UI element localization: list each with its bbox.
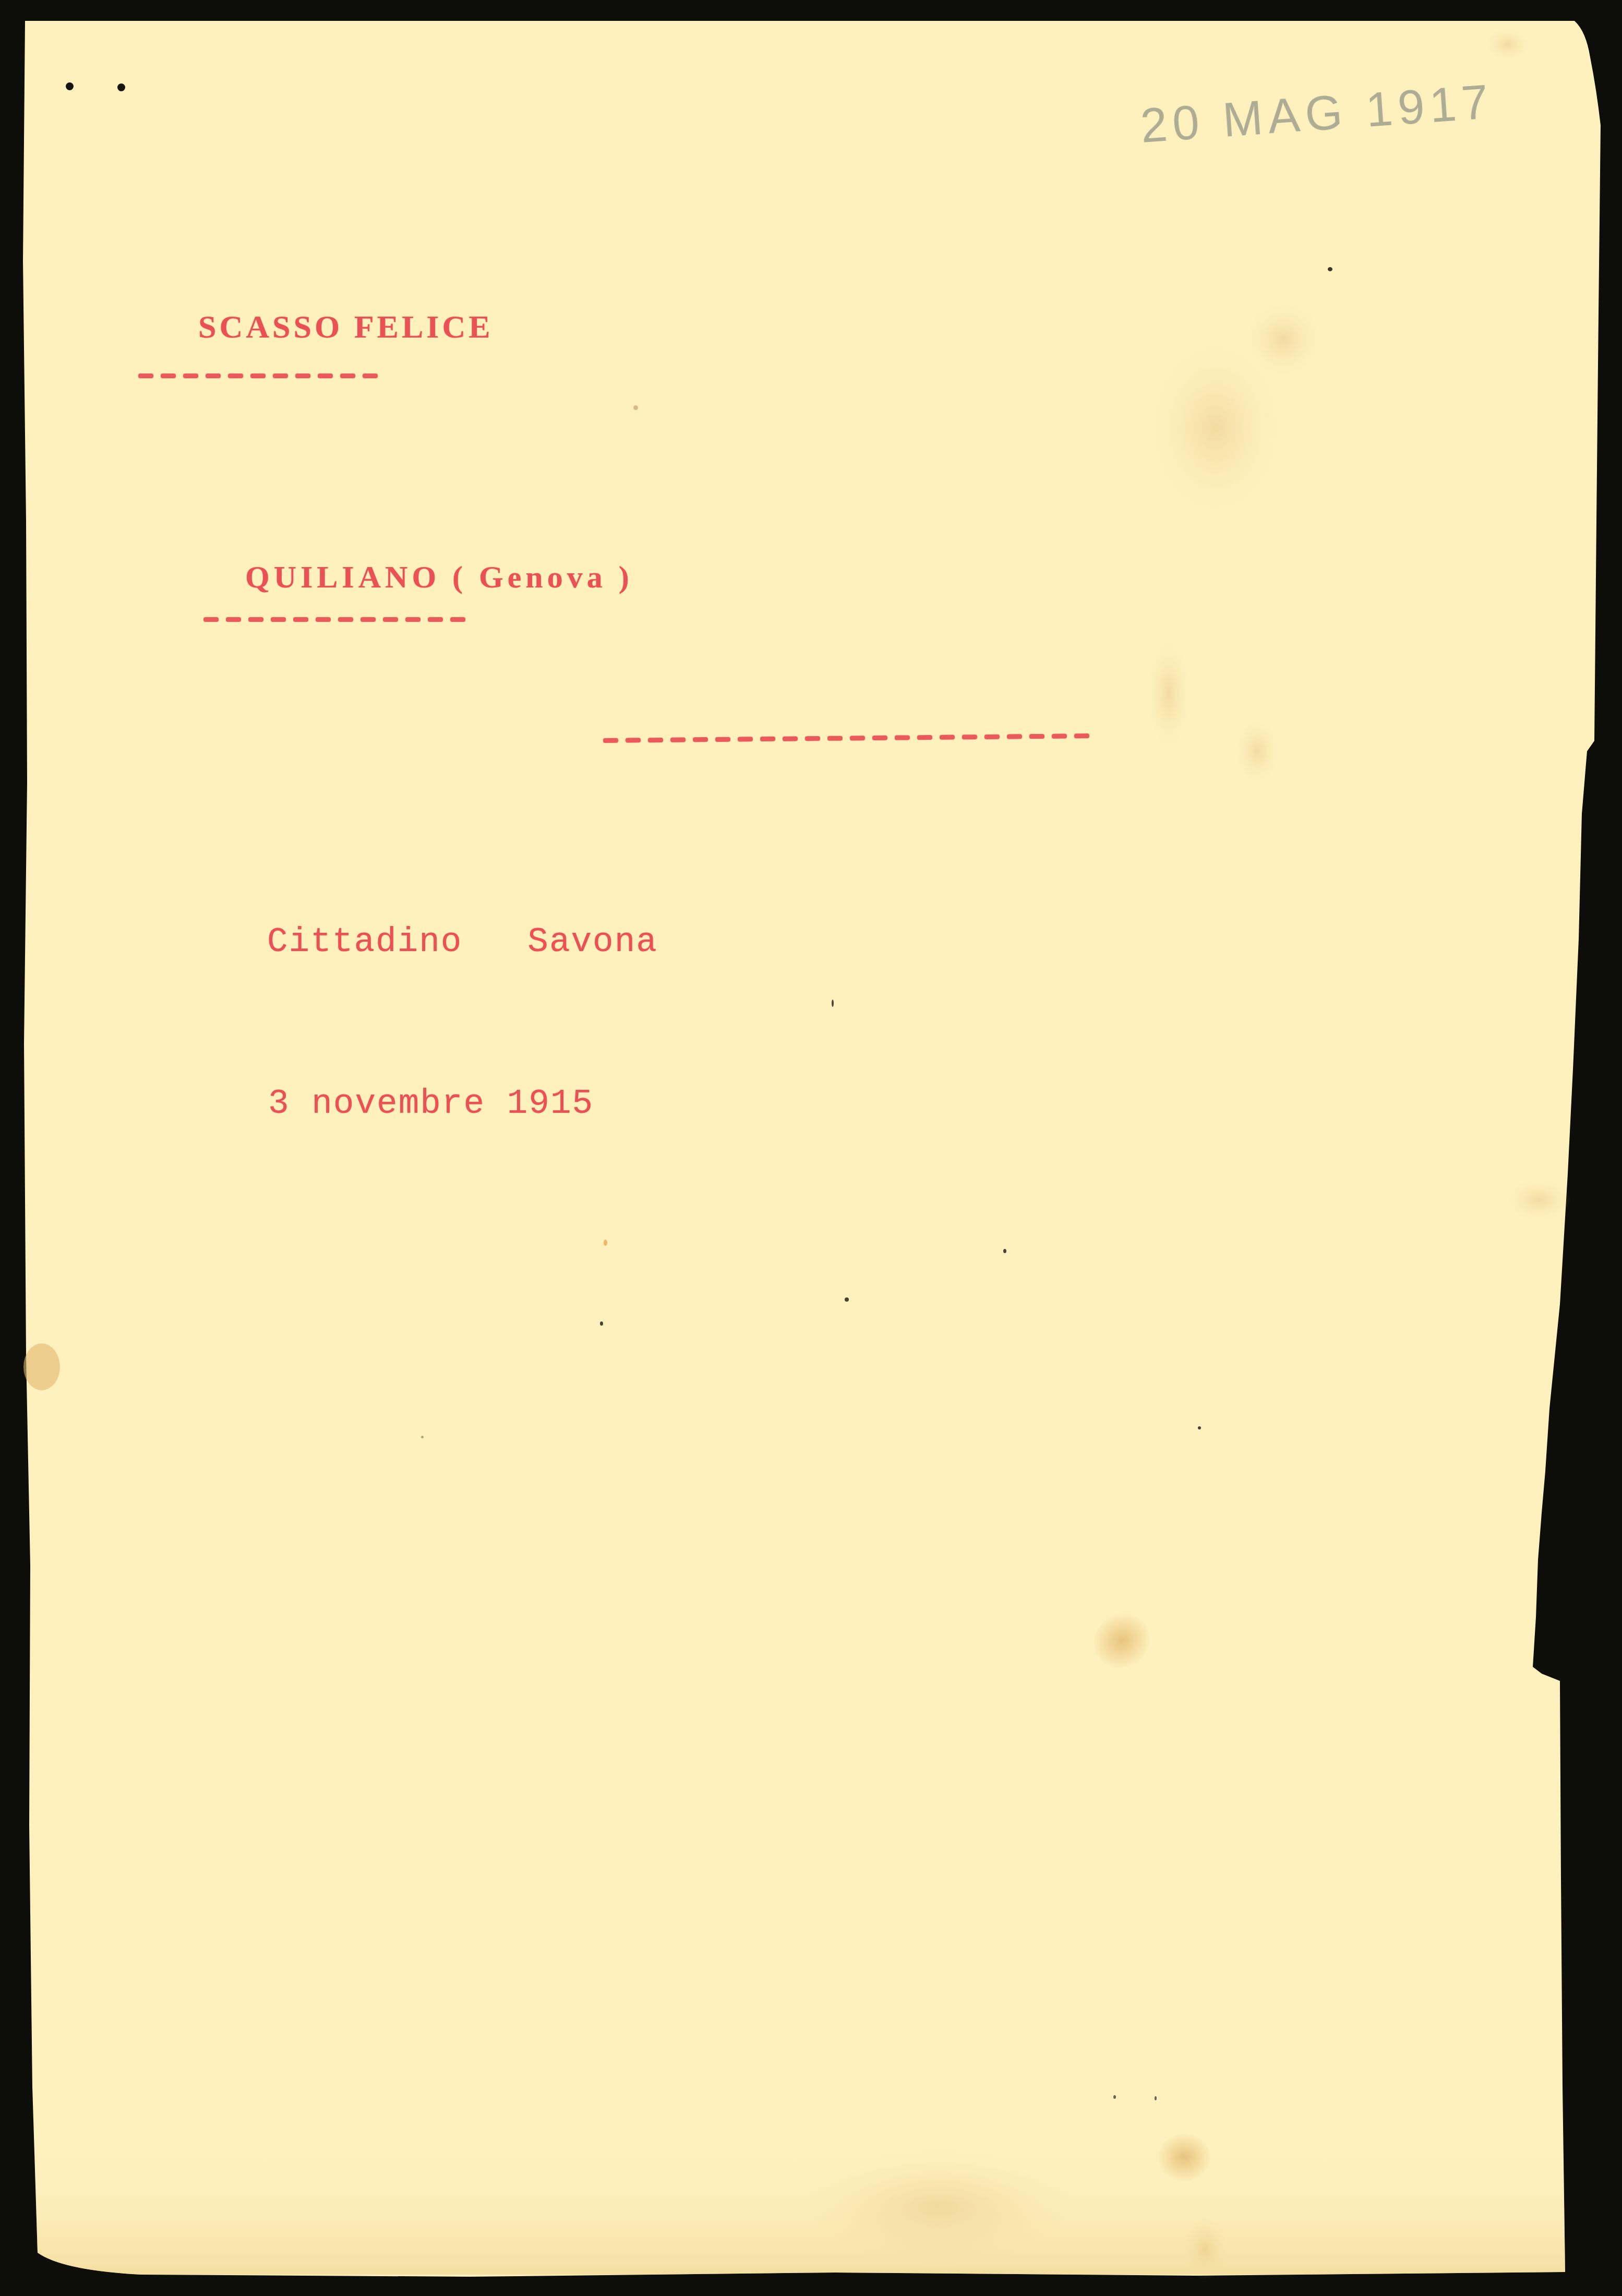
typed-dash [940,735,955,740]
typed-dash [962,735,977,739]
typed-dash [250,374,266,378]
typed-dash [1007,734,1022,739]
typed-dash [183,374,198,378]
typed-dash [248,617,263,622]
date-line: 3 novembre 1915 [268,1087,594,1121]
speck [421,1436,424,1438]
speck [845,1297,849,1302]
punch-hole [66,82,74,90]
typed-dash [760,737,775,741]
typed-dash [338,617,353,622]
typed-dash [138,374,153,378]
typed-dash [715,737,730,742]
speck [1155,2096,1157,2100]
typed-dash [603,738,618,743]
typed-dash [783,736,798,741]
typed-dash [405,617,420,622]
typed-dash [648,738,663,742]
typed-dash [383,617,398,622]
speck [633,405,638,410]
typed-dash [161,374,176,378]
typed-dash [273,374,288,378]
typed-dash [340,374,355,378]
typed-dash [228,374,243,378]
typed-dash [872,736,887,740]
citizenship-line: Cittadino Savona [267,925,658,959]
place-underline [203,617,465,622]
speck [1113,2095,1116,2099]
typed-dash [318,374,333,378]
person-name: SCASSO FELICE [198,311,494,343]
typed-dash [293,617,308,622]
name-underline [138,374,378,378]
typed-dash [316,617,331,622]
speck [600,1321,603,1326]
typed-dash [626,738,641,742]
typed-dash [917,735,932,740]
typed-dash [1052,734,1067,738]
typed-dash [738,737,753,741]
typed-dash [226,617,241,622]
typed-dash [271,617,286,622]
typed-dash [206,374,221,378]
speck [604,1240,607,1246]
typed-dash [895,735,910,740]
typed-dash [428,617,443,622]
typed-dash [1074,734,1089,738]
typed-dash [693,737,708,742]
typed-dash [984,735,1000,739]
typed-dash [363,374,378,378]
speck [832,1000,834,1007]
typed-dash [670,737,686,742]
speck [1328,267,1332,271]
typed-dash [805,736,820,741]
typed-dash [361,617,376,622]
typed-dash [1029,734,1044,739]
typed-dash [827,736,843,741]
typed-dash [850,736,865,740]
foxing-stain [1158,2134,1210,2181]
speck [1198,1426,1201,1429]
typed-dash [203,617,219,622]
punch-hole [117,83,125,91]
typed-dash [450,617,465,622]
place-of-birth: QUILIANO ( Genova ) [245,561,633,593]
typed-dash [295,374,310,378]
speck [1003,1249,1006,1253]
